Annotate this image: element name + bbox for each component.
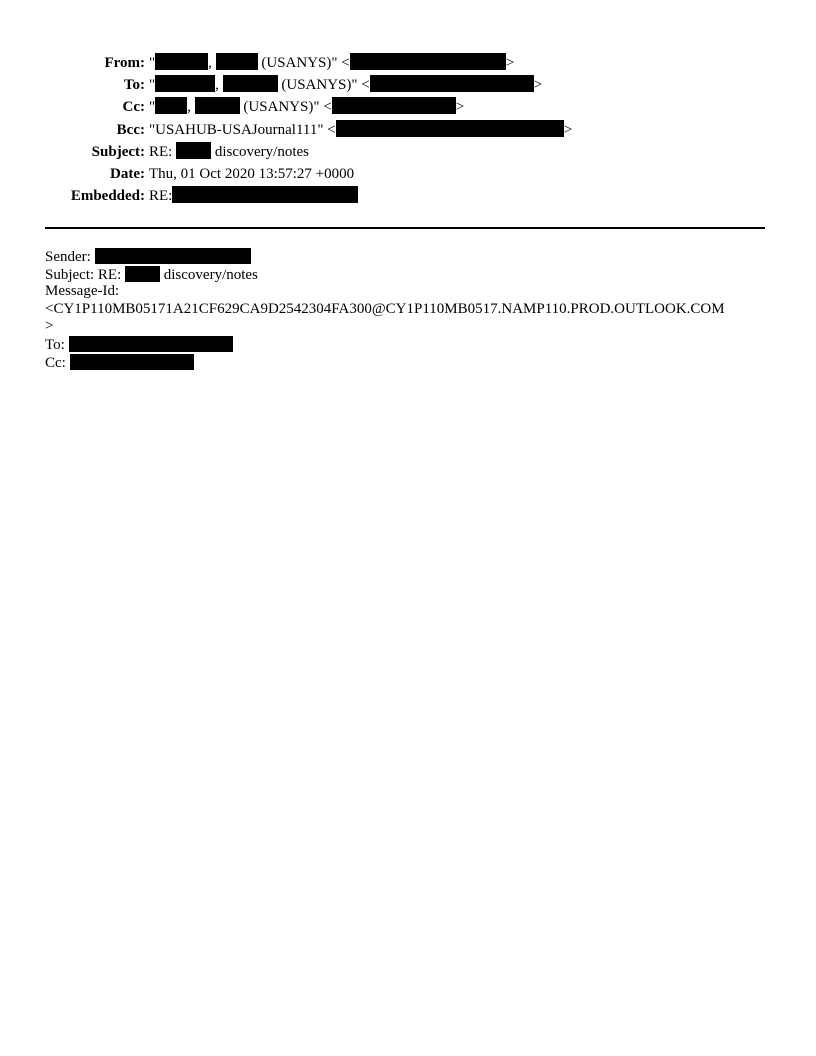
bcc-value: "USAHUB-USAJournal111" <> — [149, 119, 572, 141]
from-comma: , — [208, 55, 212, 71]
cc-label: Cc: — [40, 96, 149, 118]
embedded-cc-label: Cc: — [45, 355, 70, 371]
to-value: ", (USANYS)" <> — [149, 74, 572, 96]
message-id-close-line: > — [45, 318, 785, 336]
redacted-from-last-name — [155, 53, 208, 70]
header-row-bcc: Bcc: "USAHUB-USAJournal111" <> — [40, 119, 572, 141]
redacted-embedded-cc — [70, 354, 194, 370]
subject-suffix: discovery/notes — [211, 144, 309, 160]
bcc-name: "USAHUB-USAJournal111" < — [149, 122, 336, 138]
header-row-embedded: Embedded: RE: — [40, 185, 572, 207]
cc-line: Cc: — [45, 354, 785, 372]
sender-line: Sender: — [45, 248, 785, 266]
embedded-subject-label: Subject: RE: — [45, 267, 125, 283]
redacted-subject-name — [176, 142, 211, 159]
cc-close: > — [456, 99, 464, 115]
redacted-to-last-name — [155, 75, 215, 92]
redacted-embedded-title — [172, 186, 358, 203]
redacted-cc-last-name — [155, 97, 187, 114]
sender-label: Sender: — [45, 249, 95, 265]
from-label: From: — [40, 52, 149, 74]
embedded-prefix: RE: — [149, 188, 172, 204]
embedded-message-headers: Sender: Subject: RE: discovery/notes Mes… — [45, 248, 785, 371]
redacted-embedded-to — [69, 336, 233, 352]
bcc-close: > — [564, 122, 572, 138]
date-value: Thu, 01 Oct 2020 13:57:27 +0000 — [149, 163, 572, 185]
header-row-date: Date: Thu, 01 Oct 2020 13:57:27 +0000 — [40, 163, 572, 185]
subject-label: Subject: — [40, 141, 149, 163]
header-divider — [45, 227, 765, 229]
to-org-suffix: (USANYS)" < — [278, 77, 370, 93]
redacted-embedded-subject-name — [125, 266, 160, 282]
redacted-cc-first-name — [195, 97, 240, 114]
embedded-to-label: To: — [45, 337, 69, 353]
redacted-sender — [95, 248, 251, 264]
header-row-cc: Cc: ", (USANYS)" <> — [40, 96, 572, 118]
cc-value: ", (USANYS)" <> — [149, 96, 572, 118]
header-row-from: From: ", (USANYS)" <> — [40, 52, 572, 74]
subject-line: Subject: RE: discovery/notes — [45, 266, 785, 284]
to-close: > — [534, 77, 542, 93]
to-line: To: — [45, 336, 785, 354]
from-org-suffix: (USANYS)" < — [258, 55, 350, 71]
redacted-cc-email — [332, 97, 456, 114]
subject-prefix: RE: — [149, 144, 176, 160]
cc-org-suffix: (USANYS)" < — [240, 99, 332, 115]
message-id-value-line: <CY1P110MB05171A21CF629CA9D2542304FA300@… — [45, 301, 785, 319]
from-value: ", (USANYS)" <> — [149, 52, 572, 74]
redacted-bcc-email — [336, 120, 564, 137]
message-id-value: <CY1P110MB05171A21CF629CA9D2542304FA300@… — [45, 301, 725, 317]
email-header: From: ", (USANYS)" <> To: ", (USANYS)" <… — [40, 52, 572, 207]
embedded-value: RE: — [149, 185, 572, 207]
message-id-label-line: Message-Id: — [45, 283, 785, 301]
to-comma: , — [215, 77, 219, 93]
redacted-from-first-name — [216, 53, 258, 70]
redacted-to-first-name — [223, 75, 278, 92]
bcc-label: Bcc: — [40, 119, 149, 141]
embedded-label: Embedded: — [40, 185, 149, 207]
message-id-close: > — [45, 318, 53, 334]
subject-value: RE: discovery/notes — [149, 141, 572, 163]
redacted-from-email — [350, 53, 506, 70]
header-row-to: To: ", (USANYS)" <> — [40, 74, 572, 96]
date-label: Date: — [40, 163, 149, 185]
message-id-label: Message-Id: — [45, 283, 119, 299]
to-label: To: — [40, 74, 149, 96]
embedded-subject-suffix: discovery/notes — [160, 267, 258, 283]
redacted-to-email — [370, 75, 534, 92]
cc-comma: , — [187, 99, 191, 115]
header-row-subject: Subject: RE: discovery/notes — [40, 141, 572, 163]
from-close: > — [506, 55, 514, 71]
